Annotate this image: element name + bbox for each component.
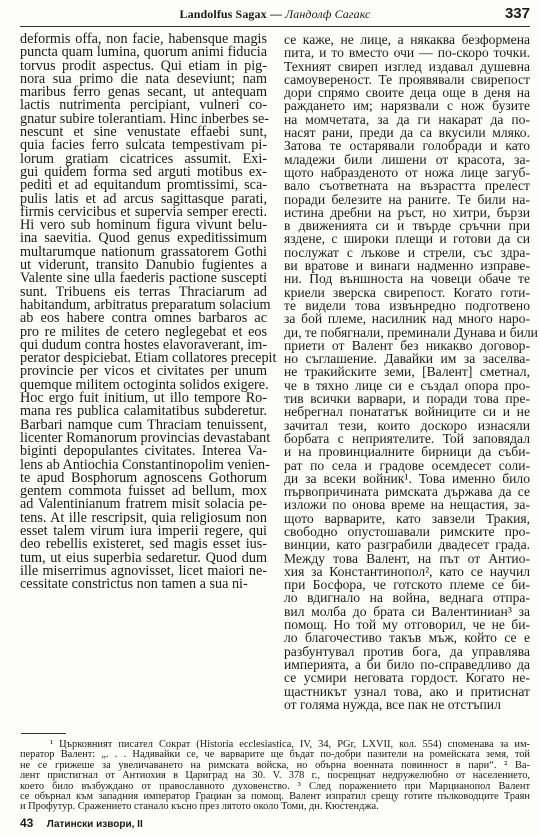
- text-line: рат по села и градове осемдесет соли-: [284, 459, 530, 472]
- text-line: борбата с неприятелите. Той заповядал: [284, 432, 530, 445]
- text-line: зачитал тези, които доскоро изнасяли: [284, 419, 530, 432]
- text-line: но съглашение. Давайки им за заселва-: [284, 352, 530, 365]
- text-line: вил молба до брата си Валентиниан³ за: [284, 605, 530, 618]
- text-line: раждането им; нарязвали с нож бузите: [284, 99, 530, 112]
- text-line: вало съответната на възрастта прелест: [284, 179, 530, 192]
- text-line: небрегнал понататък войниците си и не: [284, 405, 530, 418]
- text-line: младежи били лишени от красота, за-: [284, 153, 530, 166]
- footnote-line: лент пристигнал от Антиохия в Цариград н…: [20, 771, 530, 781]
- text-line: ло вдигнало на война, веднага отпра-: [284, 591, 530, 604]
- text-line: се усмири неговата гордост. Когато не-: [284, 671, 530, 684]
- latin-text-column: deformis offa, non facie, habensque magi…: [20, 33, 267, 591]
- text-line: яздене, с широки плещи и готови да си: [284, 232, 530, 245]
- running-title: Landolfus Sagax — Ландолф Сагакс: [20, 7, 530, 22]
- text-line: Между това Валент, на път от Антио-: [284, 552, 530, 565]
- book-title: Латински извори, II: [47, 819, 143, 830]
- bulgarian-translation-column: се каже, не лице, а някаква безформенапи…: [284, 33, 530, 711]
- title-latin: Landolfus Sagax: [180, 7, 267, 21]
- text-line: на момчетата, за да ги накарат да по-: [284, 113, 530, 126]
- text-line: щастникът узнал това, ако и притиснат: [284, 685, 530, 698]
- footnote-separator: [21, 733, 66, 734]
- text-line: изложи по онова време на нещастия, за-: [284, 498, 530, 511]
- text-line: cessitate constrictus non tamen a sua ni…: [20, 578, 267, 591]
- text-line: истина дребни на ръст, но хитри, бързи: [284, 206, 530, 219]
- text-line: че в тяхно лице си е създал опора про-: [284, 379, 530, 392]
- text-line: ло благочестиво такъв мъж, който се е: [284, 631, 530, 644]
- signature-mark: 43: [20, 816, 33, 830]
- text-line: при Босфора, че готското племе се би-: [284, 578, 530, 591]
- footnotes: ¹ Църковният писател Сократ (Historia ec…: [20, 740, 530, 813]
- text-line: насят рани, преди да са вкусили мляко.: [284, 126, 530, 139]
- title-dash: —: [267, 7, 285, 21]
- text-line: първопричината римската държава да се: [284, 485, 530, 498]
- text-line: ви вратове и винаги надменно изправе-: [284, 259, 530, 272]
- text-line: щото набразденото от ножа лице загуб-: [284, 166, 530, 179]
- text-line: в движенията си и твърде сръчни при: [284, 219, 530, 232]
- text-line: от голяма нужда, все пак не отстъпил: [284, 698, 530, 711]
- text-line: поради белезите на раните. Те били на-: [284, 193, 530, 206]
- text-line: послужат с лъкове и стрели, със здра-: [284, 246, 530, 259]
- text-line: приети от Валент без никакво договор-: [284, 339, 530, 352]
- text-line: разбунтувал против бога, да управлява: [284, 645, 530, 658]
- text-line: се каже, не лице, а някаква безформена: [284, 33, 530, 46]
- text-line: пита, и то вместо очи — по-скоро точки.: [284, 46, 530, 59]
- text-line: не тракийските земи, [Валент] сметнал,: [284, 365, 530, 378]
- text-line: помощ. Но той му отговорил, че не би-: [284, 618, 530, 631]
- text-line: ни. Под външноста на човеци обаче те: [284, 272, 530, 285]
- text-line: дори спрямо своите деца още в деня на: [284, 86, 530, 99]
- text-line: самоувереност. Те проявявали свирепост: [284, 73, 530, 86]
- text-line: винции, като разграбили двадесет града.: [284, 538, 530, 551]
- title-cyrillic: Ландолф Сагакс: [285, 7, 370, 21]
- page-number: 337: [505, 5, 530, 22]
- text-line: империята, а би било по-справедливо да: [284, 658, 530, 671]
- text-line: Техният свиреп изглед издавал душевна: [284, 60, 530, 73]
- text-line: щото варварите, като завзели Тракия,: [284, 512, 530, 525]
- text-line: ди за всеки войник¹. Това именно било: [284, 472, 530, 485]
- page-footer: 43 Латински извори, II: [20, 816, 143, 830]
- footnote-line: и Профутур. Сражението станало късно пре…: [20, 802, 530, 812]
- running-header: Landolfus Sagax — Ландолф Сагакс 337: [20, 4, 530, 27]
- text-line: Затова те остарявали голобради и като: [284, 139, 530, 152]
- text-line: ди, те побягнали, преминали Дунава и бил…: [284, 326, 530, 339]
- text-line: свободно опустошавали римските про-: [284, 525, 530, 538]
- text-line: тив всички варвари, и поради това пре-: [284, 392, 530, 405]
- text-line: и на провинциалните бирници да съби-: [284, 445, 530, 458]
- text-line: за бой племе, насилник над много наро-: [284, 312, 530, 325]
- text-line: хия за Константинопол², като се научил: [284, 565, 530, 578]
- text-line: криели зверска свирепост. Когато готи-: [284, 286, 530, 299]
- text-line: те видели това извънредно подготвено: [284, 299, 530, 312]
